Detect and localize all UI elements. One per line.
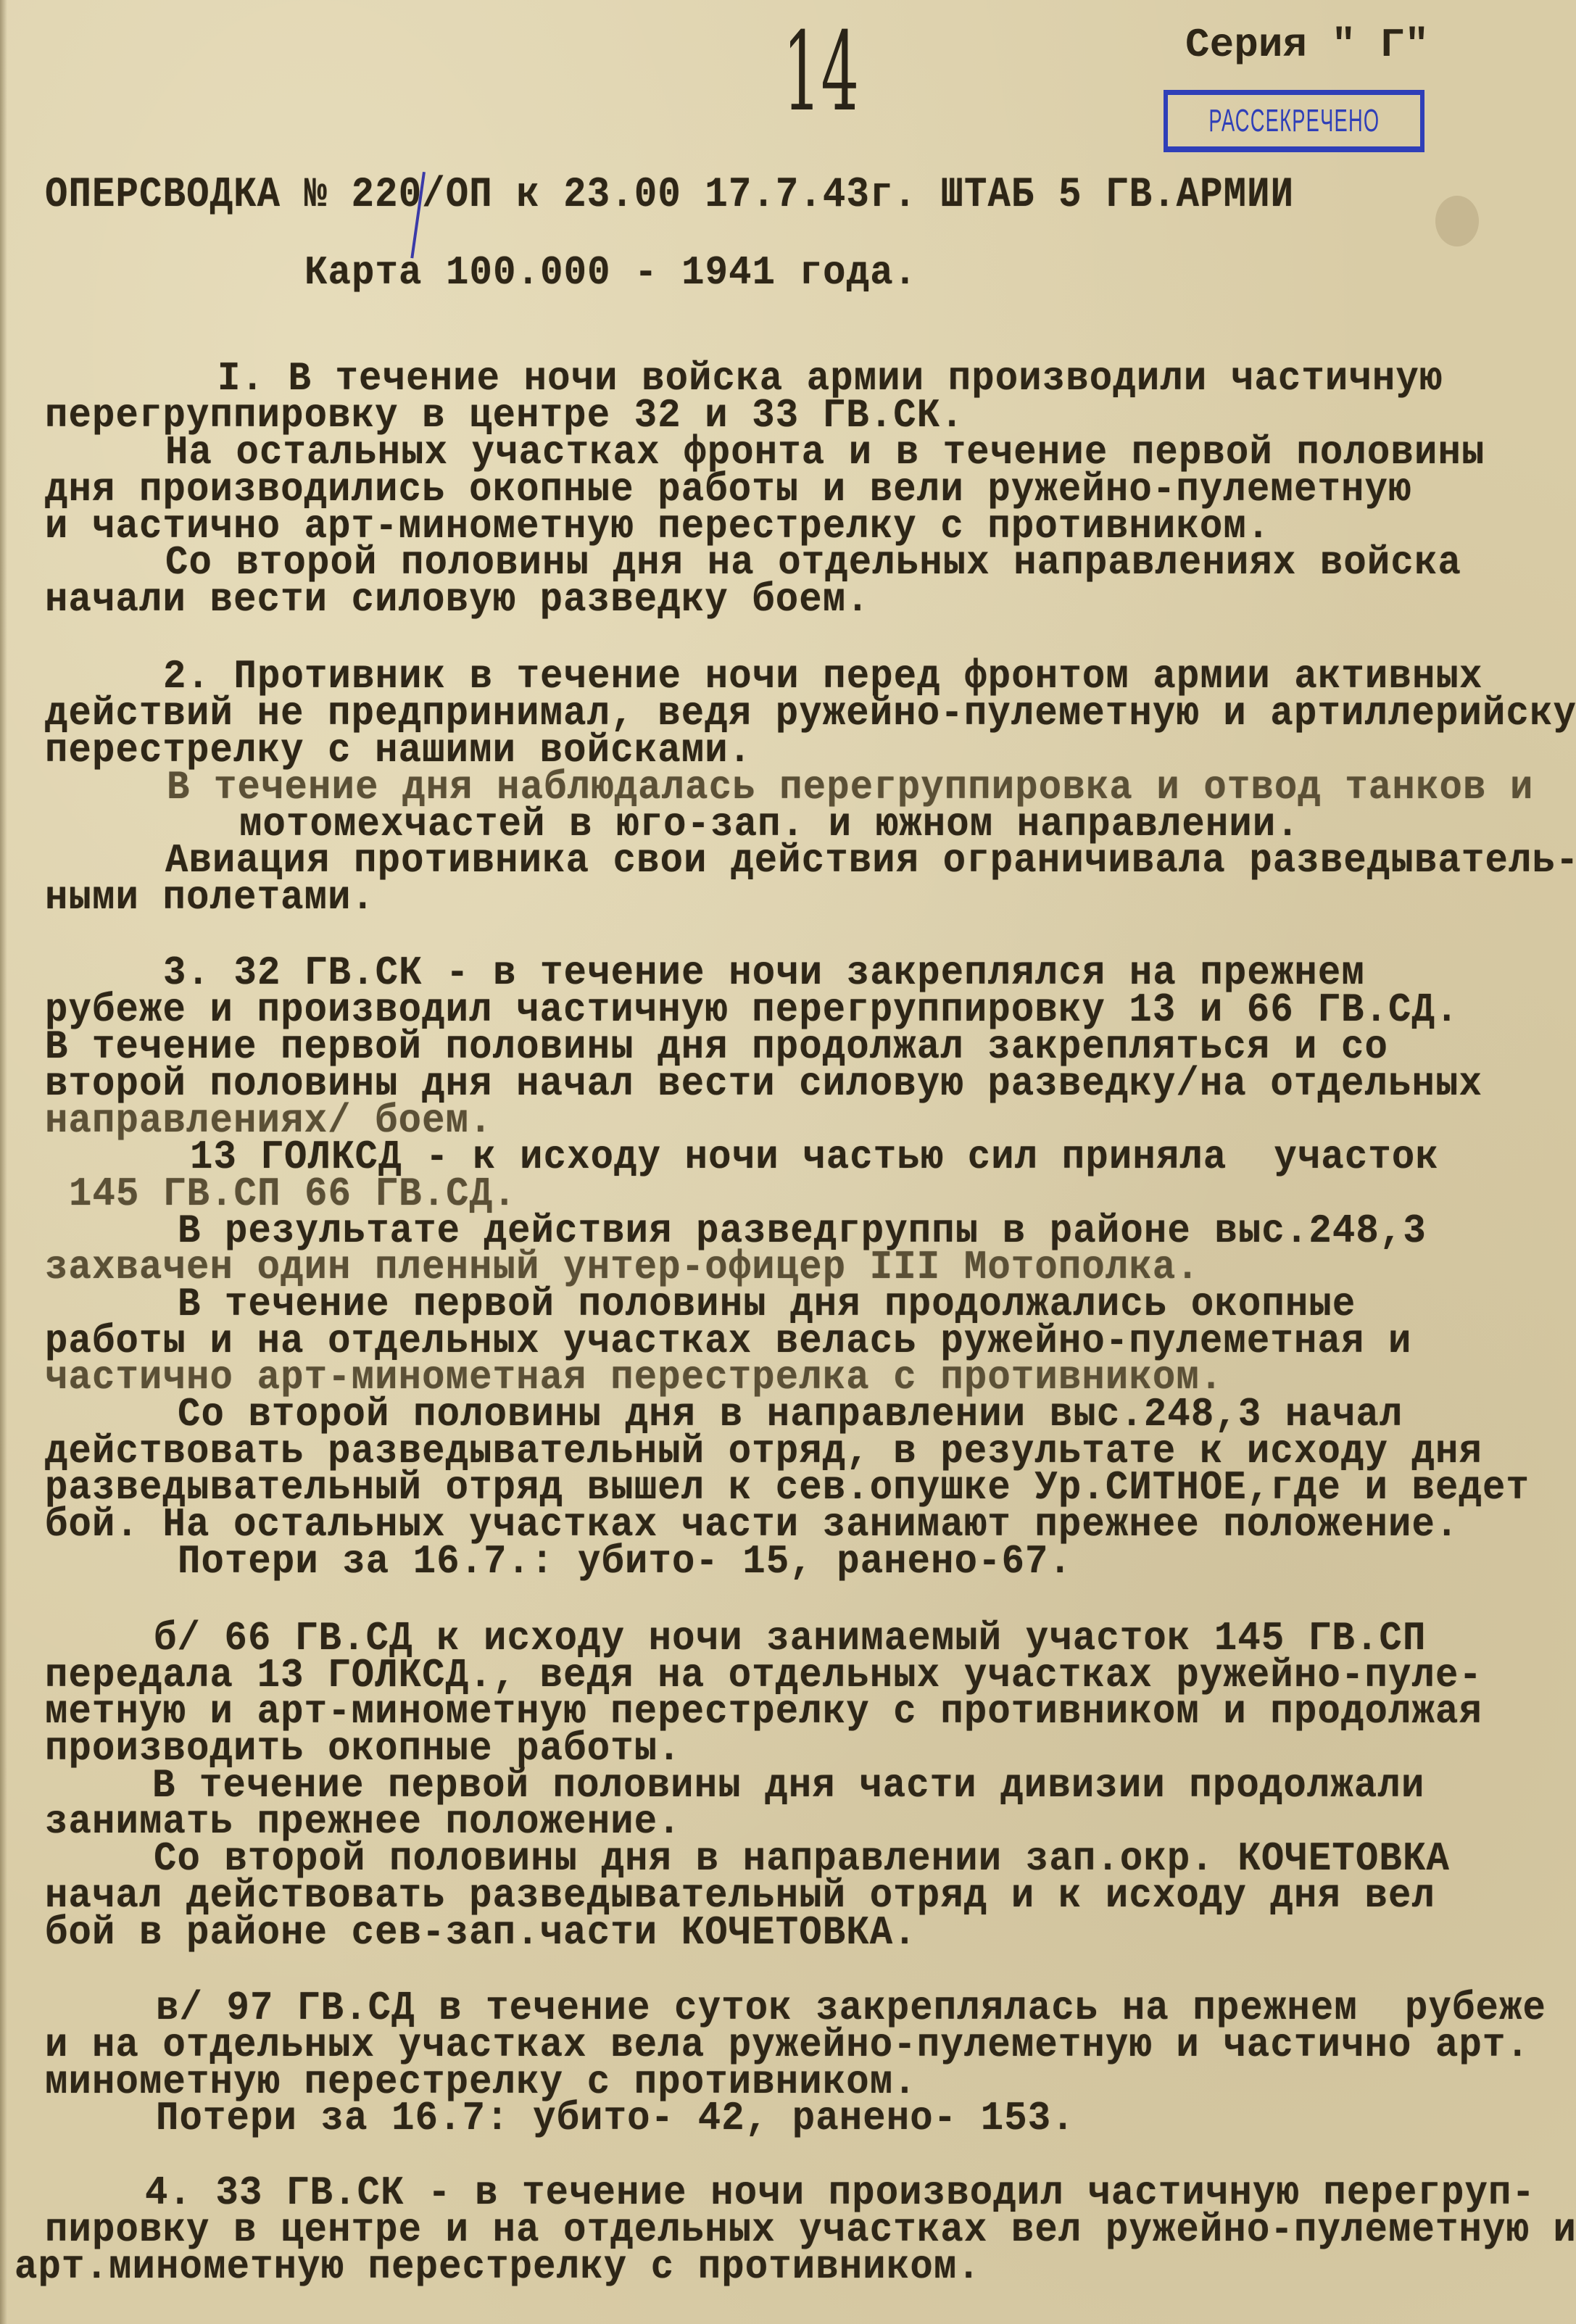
text-line: ными полетами. — [45, 876, 375, 919]
text-line: Потери за 16.7: убито- 42, ранено- 153. — [156, 2096, 1075, 2140]
paper-edge — [0, 0, 7, 2324]
ink-smudge — [1435, 196, 1479, 246]
text-line: арт.минометную перестрелку с противником… — [14, 2245, 981, 2288]
handwritten-page-number: 14 — [783, 14, 859, 130]
document-title: ОПЕРСВОДКА № 220/ОП к 23.00 17.7.43г. ШТ… — [45, 174, 1294, 217]
text-line: Авиация противника свои действия огранич… — [165, 839, 1576, 882]
stamp-text: РАССЕКРЕЧЕНО — [1208, 103, 1380, 139]
series-label: Серия " Г" — [1185, 22, 1429, 68]
text-line: начали вести силовую разведку боем. — [45, 578, 870, 621]
declassified-stamp: РАССЕКРЕЧЕНО — [1164, 90, 1424, 152]
document-page: 14 Серия " Г" РАССЕКРЕЧЕНО ОПЕРСВОДКА № … — [0, 0, 1576, 2324]
map-reference: Карта 100.000 - 1941 года. — [304, 251, 917, 294]
text-line: Потери за 16.7.: убито- 15, ранено-67. — [178, 1540, 1072, 1583]
text-line: бой в районе сев-зап.части КОЧЕТОВКА. — [45, 1911, 917, 1954]
